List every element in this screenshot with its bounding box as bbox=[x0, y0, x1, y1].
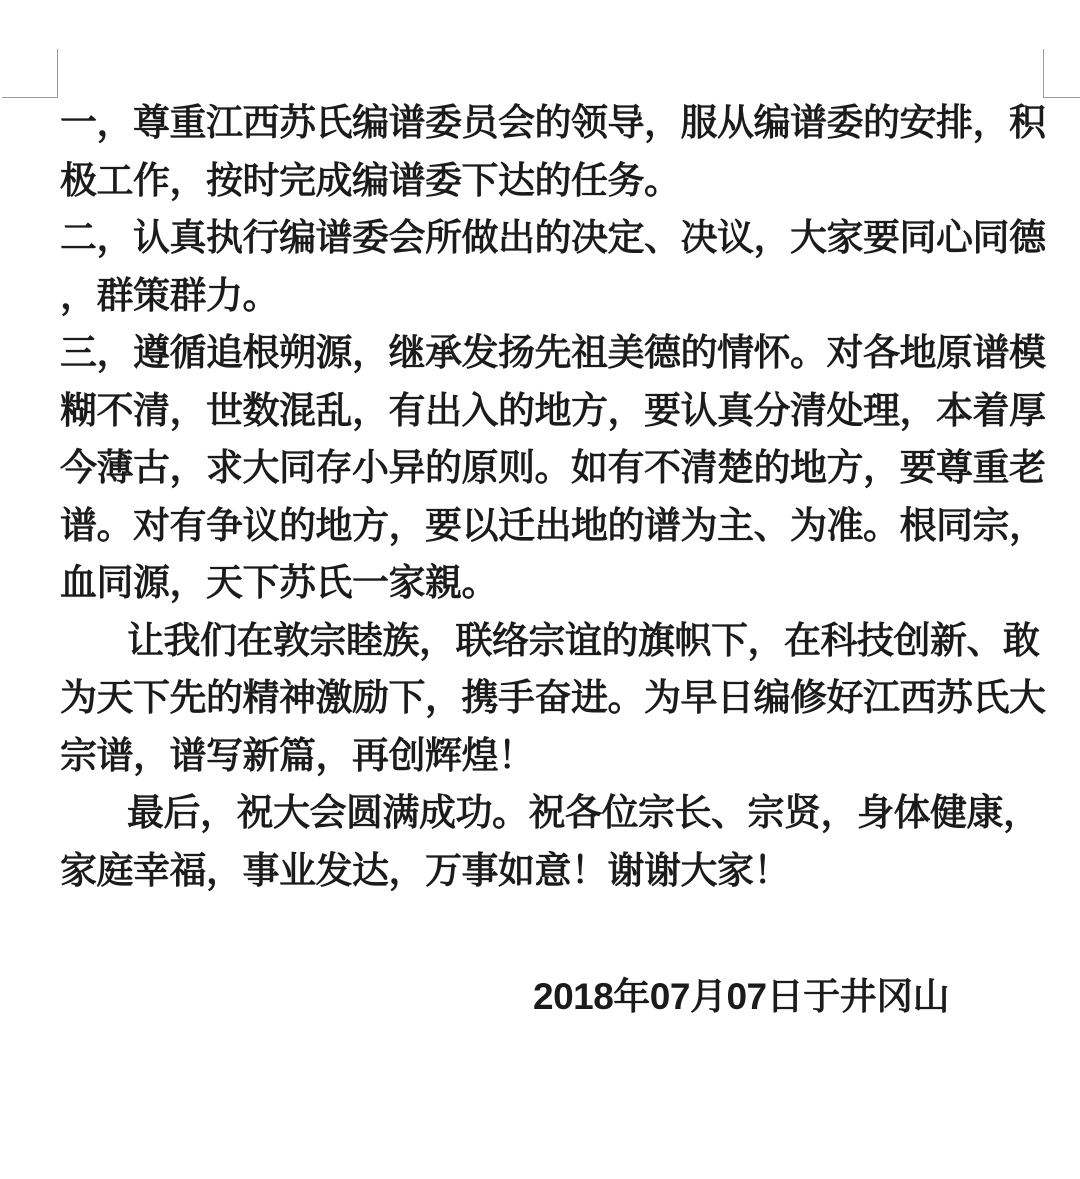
text-line: 最后，祝大会圆满成功。祝各位宗长、宗贤，身体健康， bbox=[60, 784, 1065, 842]
text-line: 三，遵循追根朔源，继承发扬先祖美德的情怀。对各地原谱模 bbox=[60, 324, 1065, 382]
text-line: 为天下先的精神激励下，携手奋进。为早日编修好江西苏氏大 bbox=[60, 669, 1065, 727]
text-line: 宗谱，谱写新篇，再创辉煌！ bbox=[60, 727, 1065, 785]
page-corner-mark-top-left-vertical bbox=[57, 49, 58, 98]
text-line: 让我们在敦宗睦族，联络宗谊的旗帜下，在科技创新、敢 bbox=[60, 612, 1065, 670]
text-line: 一，尊重江西苏氏编谱委员会的领导，服从编谱委的安排，积 bbox=[60, 94, 1065, 152]
text-line: 糊不清，世数混乱，有出入的地方，要认真分清处理，本着厚 bbox=[60, 382, 1065, 440]
text-line: ，群策群力。 bbox=[60, 267, 1065, 325]
text-line: 极工作，按时完成编谱委下达的任务。 bbox=[60, 152, 1065, 210]
text-line: 二，认真执行编谱委会所做出的决定、决议，大家要同心同德 bbox=[60, 209, 1065, 267]
dateline: 2018年07月07日于井冈山 bbox=[533, 974, 949, 1019]
page-corner-mark-top-left-horizontal bbox=[2, 97, 58, 98]
page-corner-mark-top-right-vertical bbox=[1043, 49, 1044, 98]
text-line: 家庭幸福，事业发达，万事如意！谢谢大家！ bbox=[60, 842, 1065, 900]
text-line: 谱。对有争议的地方，要以迁出地的谱为主、为准。根同宗， bbox=[60, 497, 1065, 555]
document-body: 一，尊重江西苏氏编谱委员会的领导，服从编谱委的安排，积 极工作，按时完成编谱委下… bbox=[60, 94, 1065, 899]
text-line: 血同源，天下苏氏一家親。 bbox=[60, 554, 1065, 612]
text-line: 今薄古，求大同存小异的原则。如有不清楚的地方，要尊重老 bbox=[60, 439, 1065, 497]
document-page: 一，尊重江西苏氏编谱委员会的领导，服从编谱委的安排，积 极工作，按时完成编谱委下… bbox=[0, 0, 1080, 1179]
